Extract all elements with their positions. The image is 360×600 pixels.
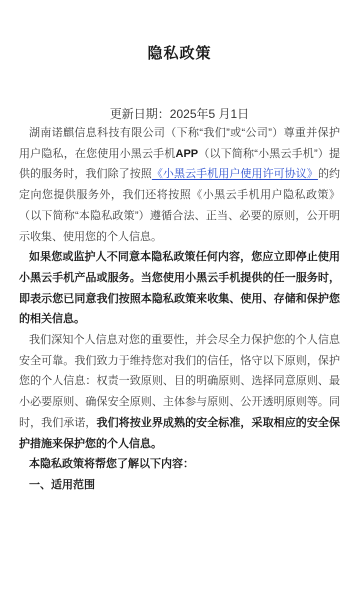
- paragraph-contents-intro: 本隐私政策将帮您了解以下内容：: [19, 454, 340, 475]
- paragraph-company-intro: 湖南诺麒信息科技有限公司（下称“我们”或“公司”）尊重并保护用户隐私，在您使用小…: [19, 123, 340, 247]
- paragraph-consent-notice: 如果您或监护人不同意本隐私政策任何内容，您应立即停止使用小黑云手机产品或服务。当…: [19, 247, 340, 330]
- text-segment: 本隐私政策将帮您了解以下内容：: [29, 458, 194, 470]
- privacy-policy-page: 隐私政策 更新日期：2025年5 月1日 湖南诺麒信息科技有限公司（下称“我们”…: [0, 0, 360, 600]
- user-license-agreement-link[interactable]: 《小黑云手机用户使用许可协议》: [152, 168, 318, 180]
- privacy-policy-title: 隐私政策: [19, 44, 340, 64]
- text-segment: APP: [176, 148, 199, 160]
- paragraph-principles: 我们深知个人信息对您的重要性，并会尽全力保护您的个人信息安全可靠。我们致力于维持…: [19, 330, 340, 454]
- text-segment: 如果您或监护人不同意本隐私政策任何内容，您应立即停止使用小黑云手机产品或服务。当…: [19, 251, 340, 325]
- update-date: 更新日期：2025年5 月1日: [19, 105, 340, 123]
- section-heading-scope: 一、适用范围: [19, 475, 340, 496]
- text-segment: 一、适用范围: [29, 479, 95, 491]
- text-segment: 我们深知个人信息对您的重要性，并会尽全力保护您的个人信息安全可靠。我们致力于维持…: [19, 334, 340, 429]
